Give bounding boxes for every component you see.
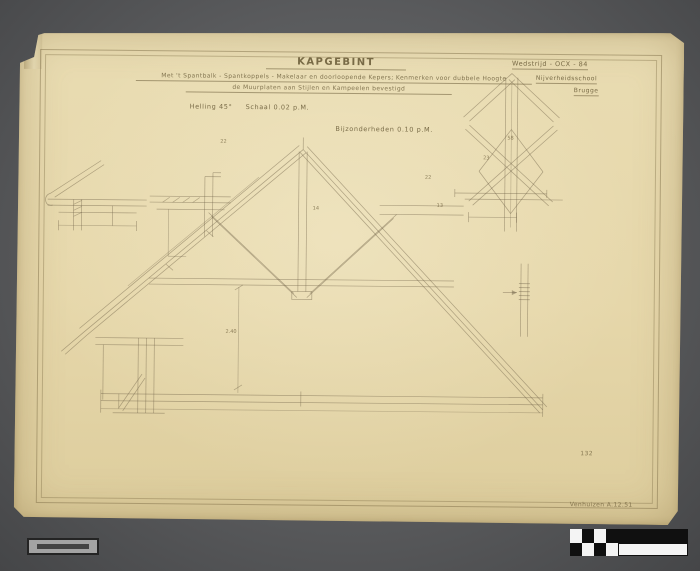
stamp-line-contest: Wedstrijd - OCX - 84 [512, 60, 588, 71]
scale-square [570, 543, 582, 557]
stamp-line-city: Brugge [574, 87, 599, 96]
signature: Venhuizen A.12.51 [570, 501, 633, 509]
details-scale-note: Bijzonderheden 0.10 p.M. [335, 125, 433, 134]
scale-bar-segment [618, 543, 688, 557]
dimension-label: 58 [507, 136, 513, 142]
scale-square [606, 529, 618, 543]
photograph-of-archived-drawing: { "scene": { "background_color": "#5b5c5… [0, 0, 700, 571]
scale-square [594, 543, 606, 557]
scale-note: Schaal 0.02 p.M. [246, 103, 310, 112]
scale-bar-row-bottom [570, 543, 688, 557]
photo-scale-bar [570, 529, 688, 556]
scale-square [570, 529, 582, 543]
dimension-label: 13 [437, 203, 443, 209]
scale-square [582, 529, 594, 543]
scale-square [582, 543, 594, 557]
dimension-label: 23 [483, 155, 489, 161]
sheet-border-frame [36, 49, 662, 509]
inventory-label [27, 538, 99, 555]
stamp-line-school: Nijverheidsschool [536, 75, 597, 85]
inventory-label-text-smudge [37, 544, 89, 549]
dimension-label: 22 [425, 175, 431, 181]
scale-square [606, 543, 618, 557]
scale-bar-row-top [570, 529, 688, 543]
dimension-label: 22 [220, 139, 226, 145]
sheet-border-frame-inner [41, 54, 657, 504]
scale-bar-segment [618, 529, 688, 543]
dimension-label: 2.40 [225, 329, 236, 335]
slope-note: Helling 45° [190, 102, 233, 110]
scale-square [594, 529, 606, 543]
dimension-label: 14 [313, 206, 319, 212]
drawing-sheet: KAPGEBINT Met 't Spantbalk - Spantkoppel… [14, 27, 685, 525]
sheet-number: 132 [580, 450, 593, 457]
drawing-title: KAPGEBINT [266, 56, 406, 70]
